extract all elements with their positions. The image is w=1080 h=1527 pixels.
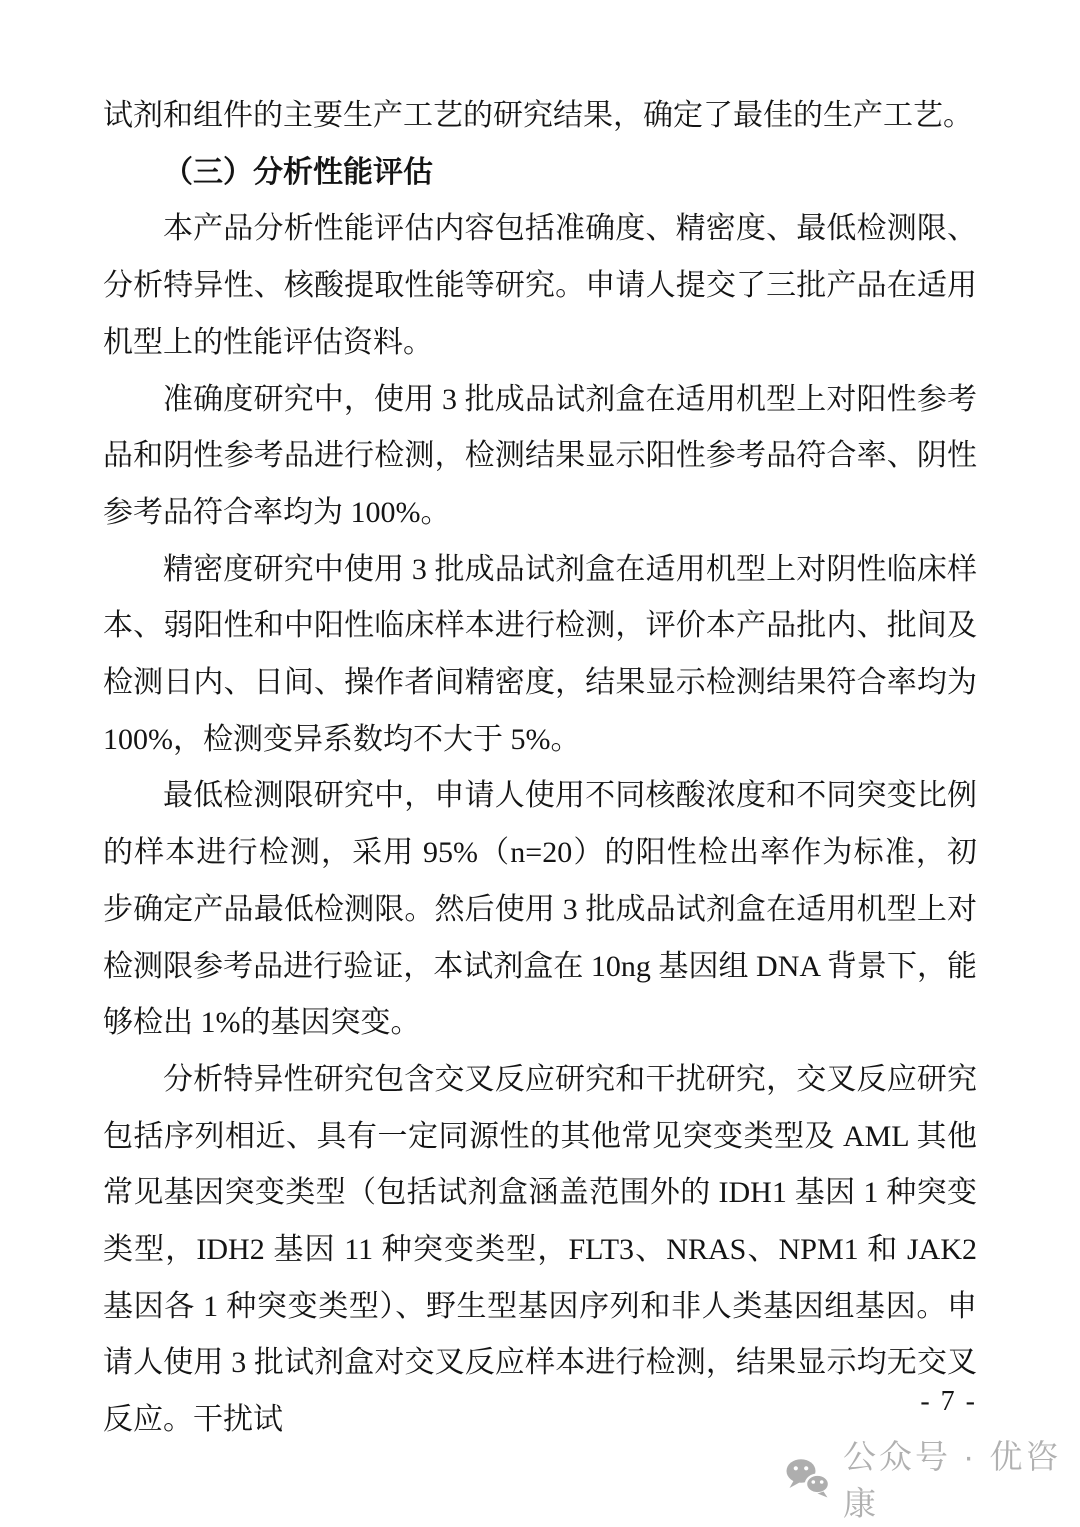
wechat-icon: [785, 1458, 831, 1498]
paragraph: 分析特异性研究包含交叉反应研究和干扰研究，交叉反应研究包括序列相近、具有一定同源…: [103, 1052, 977, 1449]
paragraph: 精密度研究中使用 3 批成品试剂盒在适用机型上对阴性临床样本、弱阳性和中阳性临床…: [103, 542, 977, 769]
paragraph: 最低检测限研究中，申请人使用不同核酸浓度和不同突变比例的样本进行检测，采用 95…: [103, 768, 977, 1052]
document-page: 试剂和组件的主要生产工艺的研究结果，确定了最佳的生产工艺。 （三）分析性能评估 …: [0, 0, 1080, 1527]
document-body: 试剂和组件的主要生产工艺的研究结果，确定了最佳的生产工艺。 （三）分析性能评估 …: [103, 88, 977, 1449]
section-heading: （三）分析性能评估: [103, 145, 977, 202]
watermark-footer: 公众号 · 优咨康: [785, 1456, 1080, 1500]
page-number: - 7 -: [920, 1386, 977, 1418]
paragraph-continuation: 试剂和组件的主要生产工艺的研究结果，确定了最佳的生产工艺。: [103, 88, 977, 145]
paragraph: 准确度研究中，使用 3 批成品试剂盒在适用机型上对阳性参考品和阴性参考品进行检测…: [103, 372, 977, 542]
paragraph: 本产品分析性能评估内容包括准确度、精密度、最低检测限、分析特异性、核酸提取性能等…: [103, 201, 977, 371]
watermark-label: 公众号 · 优咨康: [843, 1431, 1080, 1525]
